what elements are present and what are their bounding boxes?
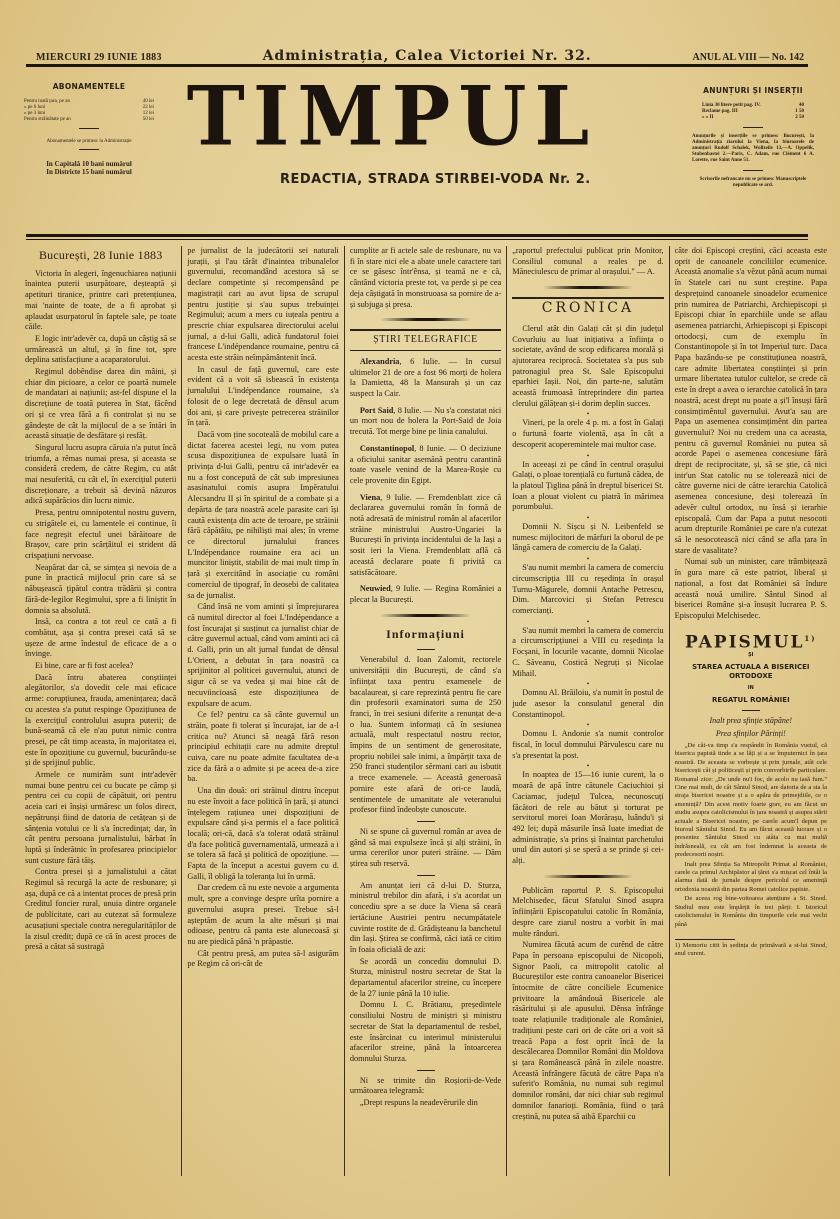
telegram-item: Viena, 9 Iulie. — Fremdenblatt zice că d… [350,493,501,579]
paragraph: Victoria în alegeri, îngenuchiarea națiu… [25,269,176,333]
papismul-conjunction: IN [675,684,827,693]
paragraph: De aceea rog bine-voitoarea atențiune a … [675,895,827,929]
paragraph: Publicăm raportul P. S. Episcopului Melc… [512,886,663,940]
star-separator: • [512,680,663,688]
paragraph: Numai sub un minister, care trâmbițează … [675,557,827,621]
price-districts: In Districte 15 bani numărul [24,168,154,176]
paragraph: Domnii N. Sișcu și N. Leibenfeld se nume… [512,522,663,554]
paragraph: In casul de față guvernul, care este evi… [187,365,338,429]
paragraph: Domnu I. C. Brătianu, președintele consi… [350,1000,501,1064]
paragraph: E logic intr'adevĕr ca, după un câștig s… [25,334,176,366]
paragraph: Se acordă un concediu domnului D. Sturza… [350,957,501,1000]
issue-date: MIERCURI 29 IUNIE 1883 [36,52,162,63]
divider [79,128,99,129]
star-separator: • [512,452,663,460]
paragraph: „Drept respuns la neadevĕrurile din [350,1098,501,1109]
masthead-bottom-rule-thin [26,239,808,240]
article-columns: București, 28 Iunie 1883 Victoria în ale… [20,246,832,1176]
section-separator [380,614,471,617]
paragraph: „De cât-va timp s'a respândit în România… [675,742,827,860]
paragraph: Dacă întru abaterea conștiinței alegător… [25,673,176,769]
papismul-title: PAPISMUL1) [675,634,827,648]
paragraph: Ce fel? pentru ca să cânte guvernul un s… [187,710,338,785]
paragraph: Armele ce numirăm sunt intr'adevĕr numai… [25,770,176,866]
footnote-rule [675,939,735,940]
paragraph: In aceeași zi pe când în centrul orașulu… [512,460,663,514]
telegram-item: Neuwied, 9 Iulie. — Regina României a pl… [350,584,501,605]
paragraph: Dar credem că nu este nevoie a argumenta… [187,883,338,947]
divider [743,127,763,128]
dash-divider [417,649,435,650]
issue-number: ANUL AL VIII — No. 142 [692,52,804,63]
footnote: 1) Memoriu citit în ședința de primăvară… [675,942,827,958]
papismul-conjunction: ȘI [675,651,827,660]
price-capital: In Capitală 10 bani numărul [24,160,154,168]
section-separator [543,875,634,878]
dash-divider [417,875,435,876]
ad-rate-row: » » II2 50 [692,115,814,121]
salutation: Prea sfinților Părinți! [675,729,827,738]
dash-divider [742,710,760,711]
papismul-subtitle: STAREA ACTUALA A BISERICEI ORTODOXE [675,663,827,681]
paragraph: In noaptea de 15—16 iunie curent, la o m… [512,770,663,866]
star-separator: • [512,762,663,770]
paragraph: Cât pentru presă, am putea să-l asigurăm… [187,949,338,970]
paragraph: Numirea făcută acum de curênd de către P… [512,940,663,1122]
top-info-line: MIERCURI 29 IUNIE 1883 Administrația, Ca… [36,48,804,64]
column-2: pe jurnalist de la judecătorii sei natur… [182,246,344,1176]
paragraph: Regimul dobêndise darea din mâini, și ch… [25,367,176,442]
paragraph: Când însă ne vom aminti și împrejurarea … [187,602,338,709]
paragraph: Venerabilul d. Ioan Zalomit, rectorele u… [350,655,501,816]
masthead-bottom-rule [26,234,808,237]
paragraph: S'au numit membri la camera de comerciu … [512,626,663,680]
paragraph: Ni se spune că guvernul român ar avea de… [350,827,501,870]
section-separator [543,286,634,289]
header-rule [26,64,808,67]
column-1: București, 28 Iunie 1883 Victoria în ale… [20,246,182,1176]
paragraph: Singurul lucru asupra căruia n'a putut î… [25,443,176,507]
paragraph: Una din două: ori străinul dintru începu… [187,786,338,882]
divider [79,149,99,150]
ads-heading: ANUNȚURI ȘI INSERȚII [692,86,814,95]
cronica-title: CRONICA [512,297,663,318]
star-separator: • [512,410,663,418]
subscriptions-box: ABONAMENTELE Pentru toată țara, pe an40 … [24,82,154,176]
paragraph: Neapărat dar că, se simțea și nevoia de … [25,563,176,617]
paragraph: Insă, ca contra a tot reul ce cată a fi … [25,617,176,660]
redaction-address: REDACTIA, STRADA STIRBEI-VODA Nr. 2. [280,172,591,187]
papismul-subtitle: REGATUL ROMÂNIEI [675,696,827,705]
subscriptions-heading: ABONAMENTELE [24,82,154,91]
paragraph: Ni se trimite din Roșiorii-de-Vede următ… [350,1076,501,1097]
telegrams-title: ȘTIRI TELEGRAFICE [350,329,501,351]
paragraph: Dacă vom ține socoteală de mobilul care … [187,430,338,601]
paragraph: Domnu I. Andonie s'a numit controlor fis… [512,729,663,761]
star-separator: • [512,514,663,522]
telegram-item: Port Said, 8 Iulie. — Nu s'a constatat n… [350,406,501,438]
paragraph: Ei bine, care ar fi fost acelea? [25,661,176,672]
paragraph: Domnu Al. Brăiloiu, s'a numit în postul … [512,688,663,720]
section-separator [380,318,471,321]
column-5: câte doi Episcopi creștini, căci aceasta… [670,246,832,1176]
informations-title: Informațiuni [350,625,501,644]
ads-box: ANUNȚURI ȘI INSERȚII Linia 30 litere pet… [692,86,814,189]
telegram-item: Alexandria, 6 Iulie. — In cursul ultimel… [350,357,501,400]
paragraph: pe jurnalist de la judecătorii sei natur… [187,246,338,364]
paragraph: „raportul prefectului publicat prin Moni… [512,246,663,278]
masthead-title: TIMPUL [172,76,612,158]
paragraph: Inalt prea Sfinția Sa Mitropolit Primat … [675,861,827,895]
footnote-mark: 1) [804,634,816,643]
dash-divider [417,821,435,822]
paragraph: câte doi Episcopi creștini, căci aceasta… [675,246,827,556]
paragraph: Vineri, pe la orele 4 p. m. a fost în Ga… [512,418,663,450]
paragraph: cumplite ar fi actele sale de resbunare,… [350,246,501,310]
star-separator: • [512,555,663,563]
subscriptions-note: Abonamentele se primesc la Administrație [24,139,154,144]
paragraph: Presa, pentru omnipotentul nostru guvern… [25,508,176,562]
letters-note: Scrisorile nefrancate nu se primesc Manu… [692,177,814,189]
divider [743,170,763,171]
star-separator: • [512,721,663,729]
column-3: cumplite ar fi actele sale de resbunare,… [345,246,507,1176]
administration-address: Administrația, Calea Victoriei Nr. 32. [263,48,592,64]
paragraph: S'au numit membri la camera de comerciu … [512,563,663,617]
star-separator: • [512,618,663,626]
paragraph: Contra presei și a jurnalistului a cătat… [25,867,176,953]
ads-info: Anunțurile și inserțiile se primesc Bucu… [692,134,814,164]
paragraph: Clerul atât din Galați cât și din județu… [512,324,663,410]
subscription-row: Pentru străinătate pe an50 lei [24,117,154,123]
newspaper-page: MIERCURI 29 IUNIE 1883 Administrația, Ca… [0,0,840,1219]
column-4: „raportul prefectului publicat prin Moni… [507,246,669,1176]
paragraph: Am anunțat ieri că d-lui D. Sturza, mini… [350,881,501,956]
dash-divider [417,1070,435,1071]
salutation: Inalt prea sfinție stăpâne! [675,716,827,725]
dateline: București, 28 Iunie 1883 [25,250,176,261]
telegram-item: Constantinopol, 8 Iunie. — O deciziune a… [350,444,501,487]
